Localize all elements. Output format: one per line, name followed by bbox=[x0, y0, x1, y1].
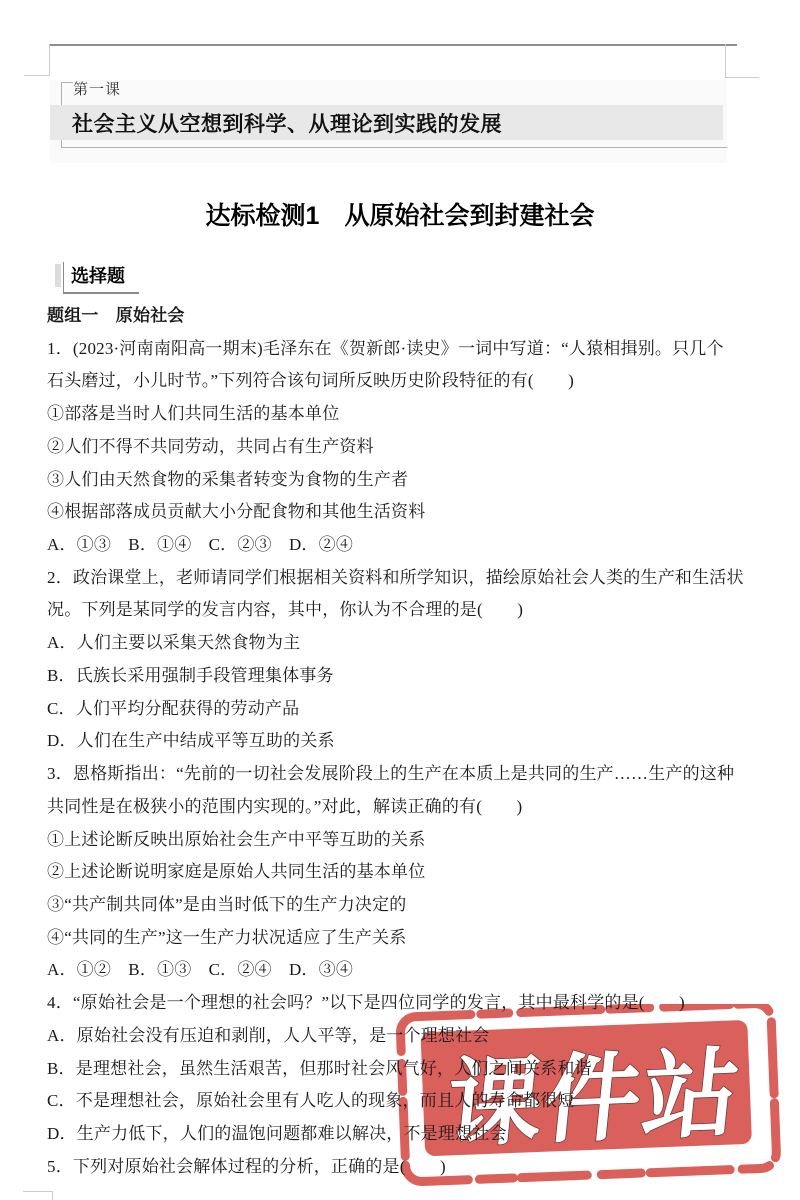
q3-stem-line1: 3．恩格斯指出：“先前的一切社会发展阶段上的生产在本质上是共同的生产……生产的这… bbox=[47, 758, 753, 791]
q3-statement-4: ④“共同的生产”这一生产力状况适应了生产关系 bbox=[47, 922, 753, 955]
q4-option-c: C．不是理想社会，原始社会里有人吃人的现象，而且人的寿命都很短 bbox=[47, 1085, 753, 1118]
q1-stem-line2: 石头磨过，小儿时节。”下列符合该句词所反映历史阶段特征的有( ) bbox=[47, 365, 753, 398]
page-corner-mark-top-right bbox=[725, 44, 726, 77]
lesson-title-bar: 社会主义从空想到科学、从理论到实践的发展 bbox=[50, 105, 723, 140]
section-badge: 选择题 bbox=[55, 262, 139, 294]
q3-stem-line2: 共同性是在极狭小的范围内实现的。”对此，解读正确的有( ) bbox=[47, 791, 753, 824]
lesson-header: 第一课 社会主义从空想到科学、从理论到实践的发展 bbox=[50, 80, 727, 163]
q3-statement-1: ①上述论断反映出原始社会生产中平等互助的关系 bbox=[47, 824, 753, 857]
group-heading: 题组一 原始社会 bbox=[47, 300, 753, 333]
page-corner-mark-bottom-left bbox=[52, 1191, 53, 1200]
lesson-number-label: 第一课 bbox=[73, 78, 121, 99]
q2-option-b: B．氏族长采用强制手段管理集体事务 bbox=[47, 660, 753, 693]
q4-option-d: D．生产力低下，人们的温饱问题都难以解决，不是理想社会 bbox=[47, 1118, 753, 1151]
q2-stem-line1: 2．政治课堂上，老师请同学们根据相关资料和所学知识，描绘原始社会人类的生产和生活… bbox=[47, 562, 753, 595]
q3-answer-options: A．①② B．①③ C．②④ D．③④ bbox=[47, 954, 753, 987]
q1-stem-line1: 1．(2023·河南南阳高一期末)毛泽东在《贺新郎·读史》一词中写道：“人猿相揖… bbox=[47, 333, 753, 366]
q3-statement-3: ③“共产制共同体”是由当时低下的生产力决定的 bbox=[47, 889, 753, 922]
page-corner-mark-top-left bbox=[49, 44, 50, 75]
q5-stem: 5．下列对原始社会解体过程的分析，正确的是( ) bbox=[47, 1151, 753, 1184]
page-title: 达标检测1 从原始社会到封建社会 bbox=[0, 196, 800, 232]
q3-statement-2: ②上述论断说明家庭是原始人共同生活的基本单位 bbox=[47, 856, 753, 889]
section-badge-bar bbox=[55, 264, 61, 287]
q1-statement-4: ④根据部落成员贡献大小分配食物和其他生活资料 bbox=[47, 496, 753, 529]
q4-option-b: B．是理想社会，虽然生活艰苦，但那时社会风气好，人们之间关系和谐 bbox=[47, 1053, 753, 1086]
q4-option-a: A．原始社会没有压迫和剥削，人人平等，是一个理想社会 bbox=[47, 1020, 753, 1053]
page-corner-mark-bottom-left bbox=[23, 1191, 53, 1192]
q2-stem-line2: 况。下列是某同学的发言内容，其中，你认为不合理的是( ) bbox=[47, 594, 753, 627]
page-corner-mark-top-right bbox=[725, 77, 759, 78]
q1-answer-options: A．①③ B．①④ C．②③ D．②④ bbox=[47, 529, 753, 562]
q2-option-c: C．人们平均分配获得的劳动产品 bbox=[47, 693, 753, 726]
section-badge-label: 选择题 bbox=[63, 262, 139, 294]
lesson-title: 社会主义从空想到科学、从理论到实践的发展 bbox=[72, 108, 502, 138]
q1-statement-2: ②人们不得不共同劳动，共同占有生产资料 bbox=[47, 431, 753, 464]
q2-option-a: A．人们主要以采集天然食物为主 bbox=[47, 627, 753, 660]
q2-option-d: D．人们在生产中结成平等互助的关系 bbox=[47, 725, 753, 758]
question-list: 题组一 原始社会 1．(2023·河南南阳高一期末)毛泽东在《贺新郎·读史》一词… bbox=[47, 300, 753, 1183]
page-corner-mark-top-left bbox=[24, 75, 50, 76]
document-page: 第一课 社会主义从空想到科学、从理论到实践的发展 达标检测1 从原始社会到封建社… bbox=[0, 0, 800, 1200]
q4-stem: 4．“原始社会是一个理想的社会吗？”以下是四位同学的发言，其中最科学的是( ) bbox=[47, 987, 753, 1020]
q1-statement-3: ③人们由天然食物的采集者转变为食物的生产者 bbox=[47, 464, 753, 497]
q1-statement-1: ①部落是当时人们共同生活的基本单位 bbox=[47, 398, 753, 431]
page-top-border bbox=[49, 44, 737, 46]
